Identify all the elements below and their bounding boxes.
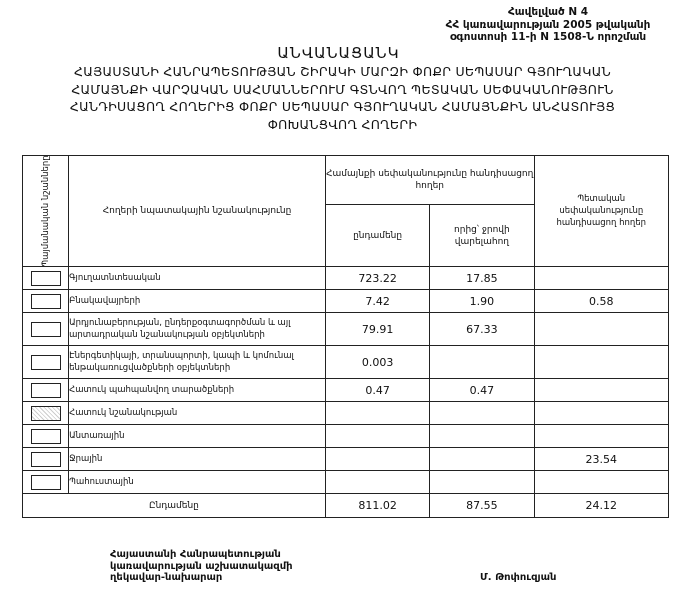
state-cell	[534, 379, 668, 402]
purpose-cell: Պահուստային	[69, 471, 326, 494]
totals-of-which: 87.55	[430, 494, 534, 518]
of-which-cell: 17.85	[430, 267, 534, 290]
table-row: Հատուկ պահպանվող տարածքների0.470.47	[23, 379, 669, 402]
legend-cell	[23, 313, 69, 346]
of-which-cell: 0.47	[430, 379, 534, 402]
legend-swatch-icon	[31, 429, 61, 444]
totals-label: Ընդամենը	[23, 494, 326, 518]
totals-state: 24.12	[534, 494, 668, 518]
table-row: Գյուղատնտեսական723.2217.85	[23, 267, 669, 290]
state-cell	[534, 346, 668, 379]
legend-cell	[23, 379, 69, 402]
state-cell: 23.54	[534, 448, 668, 471]
annex-decree-date: օգոստոսի 11-ի N 1508-Ն որոշման	[428, 31, 668, 44]
legend-swatch-icon	[31, 271, 61, 286]
legend-swatch-icon	[31, 355, 61, 370]
legend-swatch-icon	[31, 383, 61, 398]
of-which-cell: 1.90	[430, 290, 534, 313]
legend-cell	[23, 346, 69, 379]
header-legend: Պայմանական նշանները	[23, 156, 69, 267]
total-cell: 79.91	[325, 313, 429, 346]
purpose-cell: Արդյունաբերության, ընդերքօգտագործման և ա…	[69, 313, 326, 346]
legend-swatch-icon	[31, 322, 61, 337]
annex-reference: Հավելված N 4 ՀՀ կառավարության 2005 թվակա…	[428, 6, 668, 44]
legend-cell	[23, 290, 69, 313]
total-cell	[325, 402, 429, 425]
legend-swatch-icon	[31, 294, 61, 309]
total-cell	[325, 425, 429, 448]
total-cell: 0.003	[325, 346, 429, 379]
legend-cell	[23, 267, 69, 290]
of-which-cell	[430, 448, 534, 471]
total-cell	[325, 448, 429, 471]
total-cell: 723.22	[325, 267, 429, 290]
table-row: Բնակավայրերի7.421.900.58	[23, 290, 669, 313]
legend-cell	[23, 448, 69, 471]
total-cell	[325, 471, 429, 494]
state-cell	[534, 471, 668, 494]
state-cell: 0.58	[534, 290, 668, 313]
purpose-cell: Անտառային	[69, 425, 326, 448]
of-which-cell	[430, 425, 534, 448]
total-cell: 7.42	[325, 290, 429, 313]
table-row: Ջրային23.54	[23, 448, 669, 471]
purpose-cell: Էներգետիկայի, տրանսպորտի, կապի և կոմունա…	[69, 346, 326, 379]
legend-cell	[23, 425, 69, 448]
signer-name: Մ. Թոփուզյան	[480, 572, 556, 583]
purpose-cell: Բնակավայրերի	[69, 290, 326, 313]
state-cell	[534, 425, 668, 448]
purpose-cell: Հատուկ պահպանվող տարածքների	[69, 379, 326, 402]
signer-position: Հայաստանի Հանրապետության կառավարության ա…	[110, 549, 293, 584]
annex-decree-line: ՀՀ կառավարության 2005 թվականի	[428, 19, 668, 32]
purpose-cell: Հատուկ նշանակության	[69, 402, 326, 425]
purpose-cell: Գյուղատնտեսական	[69, 267, 326, 290]
of-which-cell	[430, 346, 534, 379]
state-cell	[534, 402, 668, 425]
table-row: Անտառային	[23, 425, 669, 448]
table-row: Էներգետիկայի, տրանսպորտի, կապի և կոմունա…	[23, 346, 669, 379]
subtitle-line: ՀԱՆԴԻՍԱՑՈՂ ՀՈՂԵՐԻՑ ՓՈՔՐ ՍԵՊԱՍԱՐ ԳՅՈՒՂԱԿԱ…	[50, 98, 635, 116]
of-which-cell	[430, 402, 534, 425]
table-row: Արդյունաբերության, ընդերքօգտագործման և ա…	[23, 313, 669, 346]
annex-number: Հավելված N 4	[428, 6, 668, 19]
subtitle-line: ՀԱՅԱՍՏԱՆԻ ՀԱՆՐԱՊԵՏՈՒԹՅԱՆ ՇԻՐԱԿԻ ՄԱՐԶԻ ՓՈ…	[50, 63, 635, 81]
purpose-cell: Ջրային	[69, 448, 326, 471]
subtitle-line: ՀԱՄԱՅՆՔԻ ՎԱՐՉԱԿԱՆ ՍԱՀՄԱՆՆԵՐՈՒՄ ԳՏՆՎՈՂ ՊԵ…	[50, 81, 635, 99]
legend-swatch-icon	[31, 475, 61, 490]
document-subtitle: ՀԱՅԱՍՏԱՆԻ ՀԱՆՐԱՊԵՏՈՒԹՅԱՆ ՇԻՐԱԿԻ ՄԱՐԶԻ ՓՈ…	[50, 63, 635, 133]
table-row: Հատուկ նշանակության	[23, 402, 669, 425]
totals-row: Ընդամենը811.0287.5524.12	[23, 494, 669, 518]
header-state-land: Պետական սեփականությունը հանդիսացող հողեր	[534, 156, 668, 267]
total-cell: 0.47	[325, 379, 429, 402]
signer-position-line: կառավարության աշխատակազմի	[110, 561, 293, 573]
of-which-cell: 67.33	[430, 313, 534, 346]
signer-position-line: Հայաստանի Հանրապետության	[110, 549, 293, 561]
subtitle-line: ՓՈԽԱՆՑՎՈՂ ՀՈՂԵՐԻ	[50, 116, 635, 134]
signer-position-line: ղեկավար-նախարար	[110, 572, 293, 584]
state-cell	[534, 267, 668, 290]
document-title: ԱՆՎԱՆԱՑԱՆԿ	[0, 44, 677, 62]
header-community-land: Համայնքի սեփականությունը հանդիսացող հողե…	[325, 156, 534, 205]
legend-cell	[23, 402, 69, 425]
table-row: Պահուստային	[23, 471, 669, 494]
state-cell	[534, 313, 668, 346]
legend-swatch-icon	[31, 452, 61, 467]
header-purpose: Հողերի նպատակային նշանակությունը	[69, 156, 326, 267]
header-of-which: որից՝ ջրովի վարելահող	[430, 205, 534, 267]
header-total: ընդամենը	[325, 205, 429, 267]
land-table: Պայմանական նշանները Հողերի նպատակային նշ…	[22, 155, 669, 518]
totals-total: 811.02	[325, 494, 429, 518]
legend-cell	[23, 471, 69, 494]
of-which-cell	[430, 471, 534, 494]
legend-swatch-icon	[31, 406, 61, 421]
